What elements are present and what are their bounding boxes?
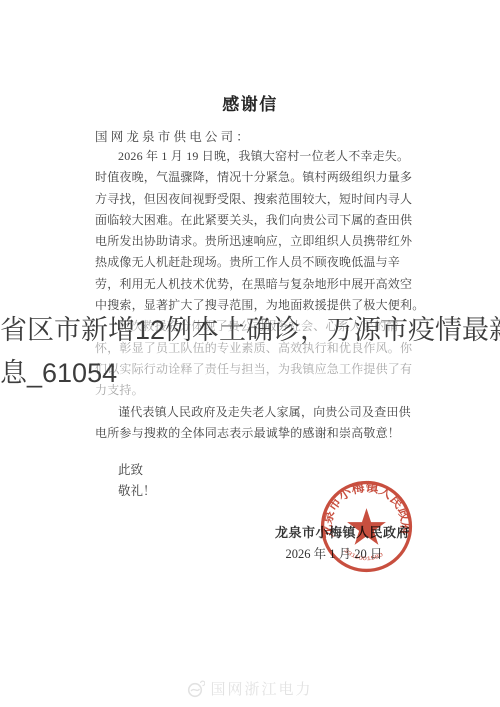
official-seal-stamp: 龙泉市小梅镇人民政府 3311001580 [318,478,415,575]
letter-addressee: 国网龙泉市供电公司： [95,127,252,145]
letter-line: 谨代表镇人民政府及走失老人家属，向贵公司及查田供 [95,402,417,423]
letter-line: 时值夜晚，气温骤降，情况十分紧急。镇村两级组织力量多 [95,167,417,188]
overlay-headline-line2: 息_61054 [0,358,500,388]
letter-line: 方寻找，但因夜间视野受限、搜索范围较大，短时间内寻人 [95,189,417,210]
letter-line: 2026 年 1 月 19 日晚，我镇大窑村一位老人不幸走失。 [95,146,417,167]
article-image: 感谢信 国网龙泉市供电公司： 2026 年 1 月 19 日晚，我镇大窑村一位老… [0,0,500,707]
letter-body: 2026 年 1 月 19 日晚，我镇大窑村一位老人不幸走失。 时值夜晚，气温骤… [95,146,417,444]
letter-title: 感谢信 [0,90,500,115]
seal-star-icon [347,508,386,545]
watermark-text: 国网浙江电力 [210,678,312,699]
state-grid-logo-icon [187,680,205,698]
letter-line: 中搜索，显著扩大了搜寻范围，为地面救援提供了极大便利。 [95,295,417,316]
letter-line: 电所参与搜救的全体同志表示最诚挚的感谢和崇高敬意！ [95,423,417,444]
closing-jingli: 敬礼！ [118,481,156,502]
letter-line: 劳，利用无人机技术优势，在黑暗与复杂地形中展开高效空 [95,274,417,295]
watermark: 国网浙江电力 [0,678,500,699]
letter-line: 热成像无人机赶赴现场。贵所工作人员不顾夜晚低温与辛 [95,252,417,273]
letter-line: 面临较大困难。在此紧要关头，我们向贵公司下属的查田供 [95,210,417,231]
overlay-headline-line1: 省区市新增12例本土确诊，万源市疫情最新 [0,315,500,345]
seal-code: 3311001580 [342,548,384,562]
closing-cizhi: 此致 [118,460,156,481]
svg-text:3311001580: 3311001580 [342,548,384,562]
letter-line: 电所发出协助请求。贵所迅速响应，立即组织人员携带红外 [95,231,417,252]
letter-closing: 此致 敬礼！ [118,460,156,503]
